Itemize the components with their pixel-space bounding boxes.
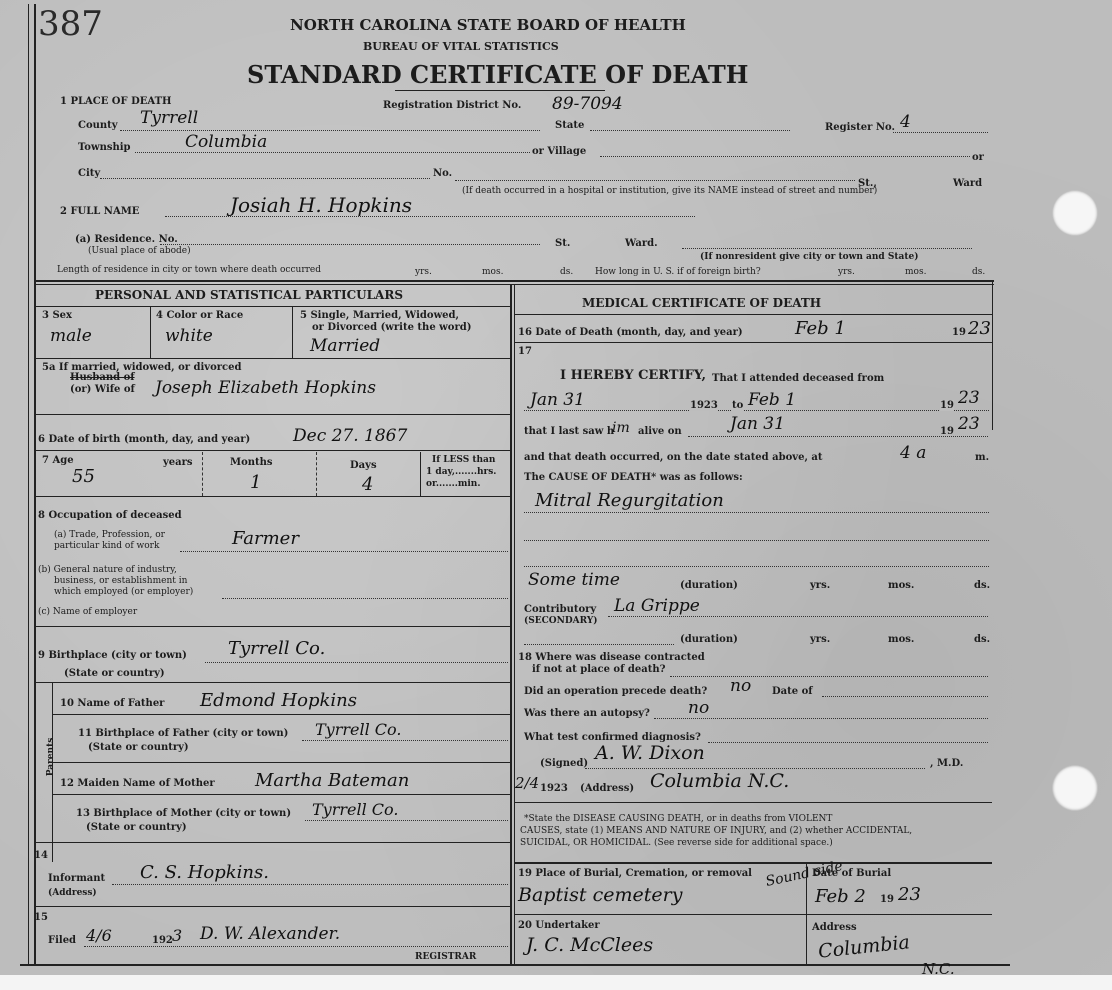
burial-label: 19 Place of Burial, Cremation, or remova… bbox=[518, 868, 752, 879]
last-saw-value: Jan 31 bbox=[730, 414, 785, 434]
dod-value: Feb 1 bbox=[795, 318, 846, 339]
race-value: white bbox=[165, 326, 213, 346]
attended-to-value: Feb 1 bbox=[748, 390, 796, 410]
or-label: or bbox=[972, 152, 984, 163]
undertaker-address-state: N.C. bbox=[922, 960, 955, 978]
marital-value: Married bbox=[310, 336, 380, 356]
signed-value: A. W. Dixon bbox=[595, 742, 705, 764]
mother-birthplace-value: Tyrrell Co. bbox=[312, 800, 398, 819]
residence-ward-label: Ward. bbox=[625, 238, 658, 249]
time-of-death-value: 4 a bbox=[900, 443, 926, 463]
register-no-value: 4 bbox=[900, 112, 911, 132]
length-residence-label: Length of residence in city or town wher… bbox=[57, 265, 321, 275]
residence-st-label: St. bbox=[555, 238, 570, 249]
header-line2: BUREAU OF VITAL STATISTICS bbox=[363, 40, 559, 53]
no-label: No. bbox=[433, 168, 452, 179]
certificate-number: 387 bbox=[38, 4, 103, 44]
registrar-value: D. W. Alexander. bbox=[200, 924, 340, 944]
death-certificate: 387 NORTH CAROLINA STATE BOARD OF HEALTH… bbox=[0, 0, 1112, 975]
cause-label: The CAUSE OF DEATH* was as follows: bbox=[524, 472, 743, 483]
hospital-note: (If death occurred in a hospital or inst… bbox=[462, 186, 877, 196]
cause-value: Mitral Regurgitation bbox=[535, 490, 724, 511]
full-name-value: Josiah H. Hopkins bbox=[230, 193, 412, 217]
age-label: 7 Age bbox=[42, 455, 74, 466]
left-border-inner bbox=[28, 4, 29, 966]
father-birthplace-label: 11 Birthplace of Father (city or town) bbox=[78, 728, 288, 739]
personal-header: PERSONAL AND STATISTICAL PARTICULARS bbox=[95, 288, 403, 302]
filed-label: Filed bbox=[48, 935, 76, 946]
registrar-label: REGISTRAR bbox=[415, 952, 476, 962]
city-label: City bbox=[78, 168, 100, 179]
ward-label: Ward bbox=[953, 178, 982, 189]
attended-from-value: Jan 31 bbox=[530, 390, 585, 410]
township-label: Township bbox=[78, 142, 131, 153]
age-months-value: 1 bbox=[250, 472, 261, 493]
informant-label: Informant bbox=[48, 873, 105, 884]
undertaker-value: J. C. McClees bbox=[526, 934, 653, 956]
register-no-label: Register No. bbox=[825, 122, 895, 133]
undertaker-address-label: Address bbox=[812, 922, 857, 933]
autopsy-label: Was there an autopsy? bbox=[524, 708, 650, 719]
informant-value: C. S. Hopkins. bbox=[140, 862, 269, 883]
township-value: Columbia bbox=[185, 132, 267, 152]
father-label: 10 Name of Father bbox=[60, 698, 164, 709]
mother-birthplace-label: 13 Birthplace of Mother (city or town) bbox=[76, 808, 291, 819]
left-border bbox=[34, 4, 36, 966]
title-underline bbox=[395, 90, 605, 91]
parents-side-label: Parents bbox=[46, 732, 56, 782]
mother-label: 12 Maiden Name of Mother bbox=[60, 778, 215, 789]
spouse-label-3: (or) Wife of bbox=[70, 384, 135, 395]
residence-sub: (Usual place of abode) bbox=[88, 246, 191, 256]
registration-district-label: Registration District No. bbox=[383, 100, 521, 111]
county-value: Tyrrell bbox=[140, 108, 198, 128]
signed-date-value: 2/4 bbox=[515, 774, 539, 792]
punch-hole bbox=[1052, 190, 1098, 236]
dod-year-value: 23 bbox=[968, 318, 991, 339]
marital-label-1: 5 Single, Married, Widowed, bbox=[300, 310, 459, 321]
age-days-value: 4 bbox=[362, 474, 373, 495]
column-divider bbox=[510, 284, 512, 964]
occupation-value: Farmer bbox=[232, 528, 299, 549]
birthplace-value: Tyrrell Co. bbox=[228, 638, 325, 659]
contributory-label: Contributory bbox=[524, 604, 596, 615]
filed-date-value: 4/6 bbox=[86, 926, 112, 945]
father-birthplace-value: Tyrrell Co. bbox=[315, 720, 401, 739]
spouse-value: Joseph Elizabeth Hopkins bbox=[155, 378, 376, 398]
signed-label: (Signed) bbox=[540, 758, 588, 769]
village-label: or Village bbox=[532, 146, 586, 157]
contributory-value: La Grippe bbox=[614, 596, 700, 616]
cause-duration-value: Some time bbox=[528, 570, 620, 590]
burial-date-value: Feb 2 bbox=[815, 886, 866, 907]
dod-label: 16 Date of Death (month, day, and year) bbox=[518, 327, 743, 338]
punch-hole bbox=[1052, 765, 1098, 811]
age-years-value: 55 bbox=[72, 466, 95, 487]
spouse-label-2: Husband of bbox=[70, 372, 135, 383]
autopsy-value: no bbox=[688, 698, 709, 718]
occupation-label: 8 Occupation of deceased bbox=[38, 510, 182, 521]
mother-value: Martha Bateman bbox=[255, 770, 409, 791]
undertaker-label: 20 Undertaker bbox=[518, 920, 600, 931]
county-label: County bbox=[78, 120, 118, 131]
sex-value: male bbox=[50, 326, 92, 346]
nonresident-note: (If nonresident give city or town and St… bbox=[700, 252, 918, 262]
father-value: Edmond Hopkins bbox=[200, 690, 357, 711]
foreign-birth-label: How long in U. S. if of foreign birth? bbox=[595, 267, 761, 277]
registration-district-value: 89-7094 bbox=[552, 94, 623, 114]
place-of-death-label: 1 PLACE OF DEATH bbox=[60, 96, 172, 107]
page-title: STANDARD CERTIFICATE OF DEATH bbox=[247, 60, 748, 89]
header-line1: NORTH CAROLINA STATE BOARD OF HEALTH bbox=[290, 16, 686, 34]
race-label: 4 Color or Race bbox=[156, 310, 243, 321]
physician-address-value: Columbia N.C. bbox=[650, 770, 789, 792]
undertaker-address-value: Columbia bbox=[817, 931, 911, 962]
burial-date-label: Date of Burial bbox=[812, 868, 891, 879]
dob-value: Dec 27. 1867 bbox=[293, 426, 407, 446]
burial-value: Baptist cemetery bbox=[518, 884, 682, 906]
birthplace-label: 9 Birthplace (city or town) bbox=[38, 650, 187, 661]
sex-label: 3 Sex bbox=[42, 310, 72, 321]
operation-value: no bbox=[730, 676, 751, 696]
marital-label-2: or Divorced (write the word) bbox=[312, 322, 471, 333]
medical-header: MEDICAL CERTIFICATE OF DEATH bbox=[582, 296, 821, 310]
state-label: State bbox=[555, 120, 584, 131]
full-name-label: 2 FULL NAME bbox=[60, 206, 139, 217]
certify-heading: I HEREBY CERTIFY, bbox=[560, 368, 706, 383]
dob-label: 6 Date of birth (month, day, and year) bbox=[38, 434, 250, 445]
operation-label: Did an operation precede death? bbox=[524, 686, 707, 697]
